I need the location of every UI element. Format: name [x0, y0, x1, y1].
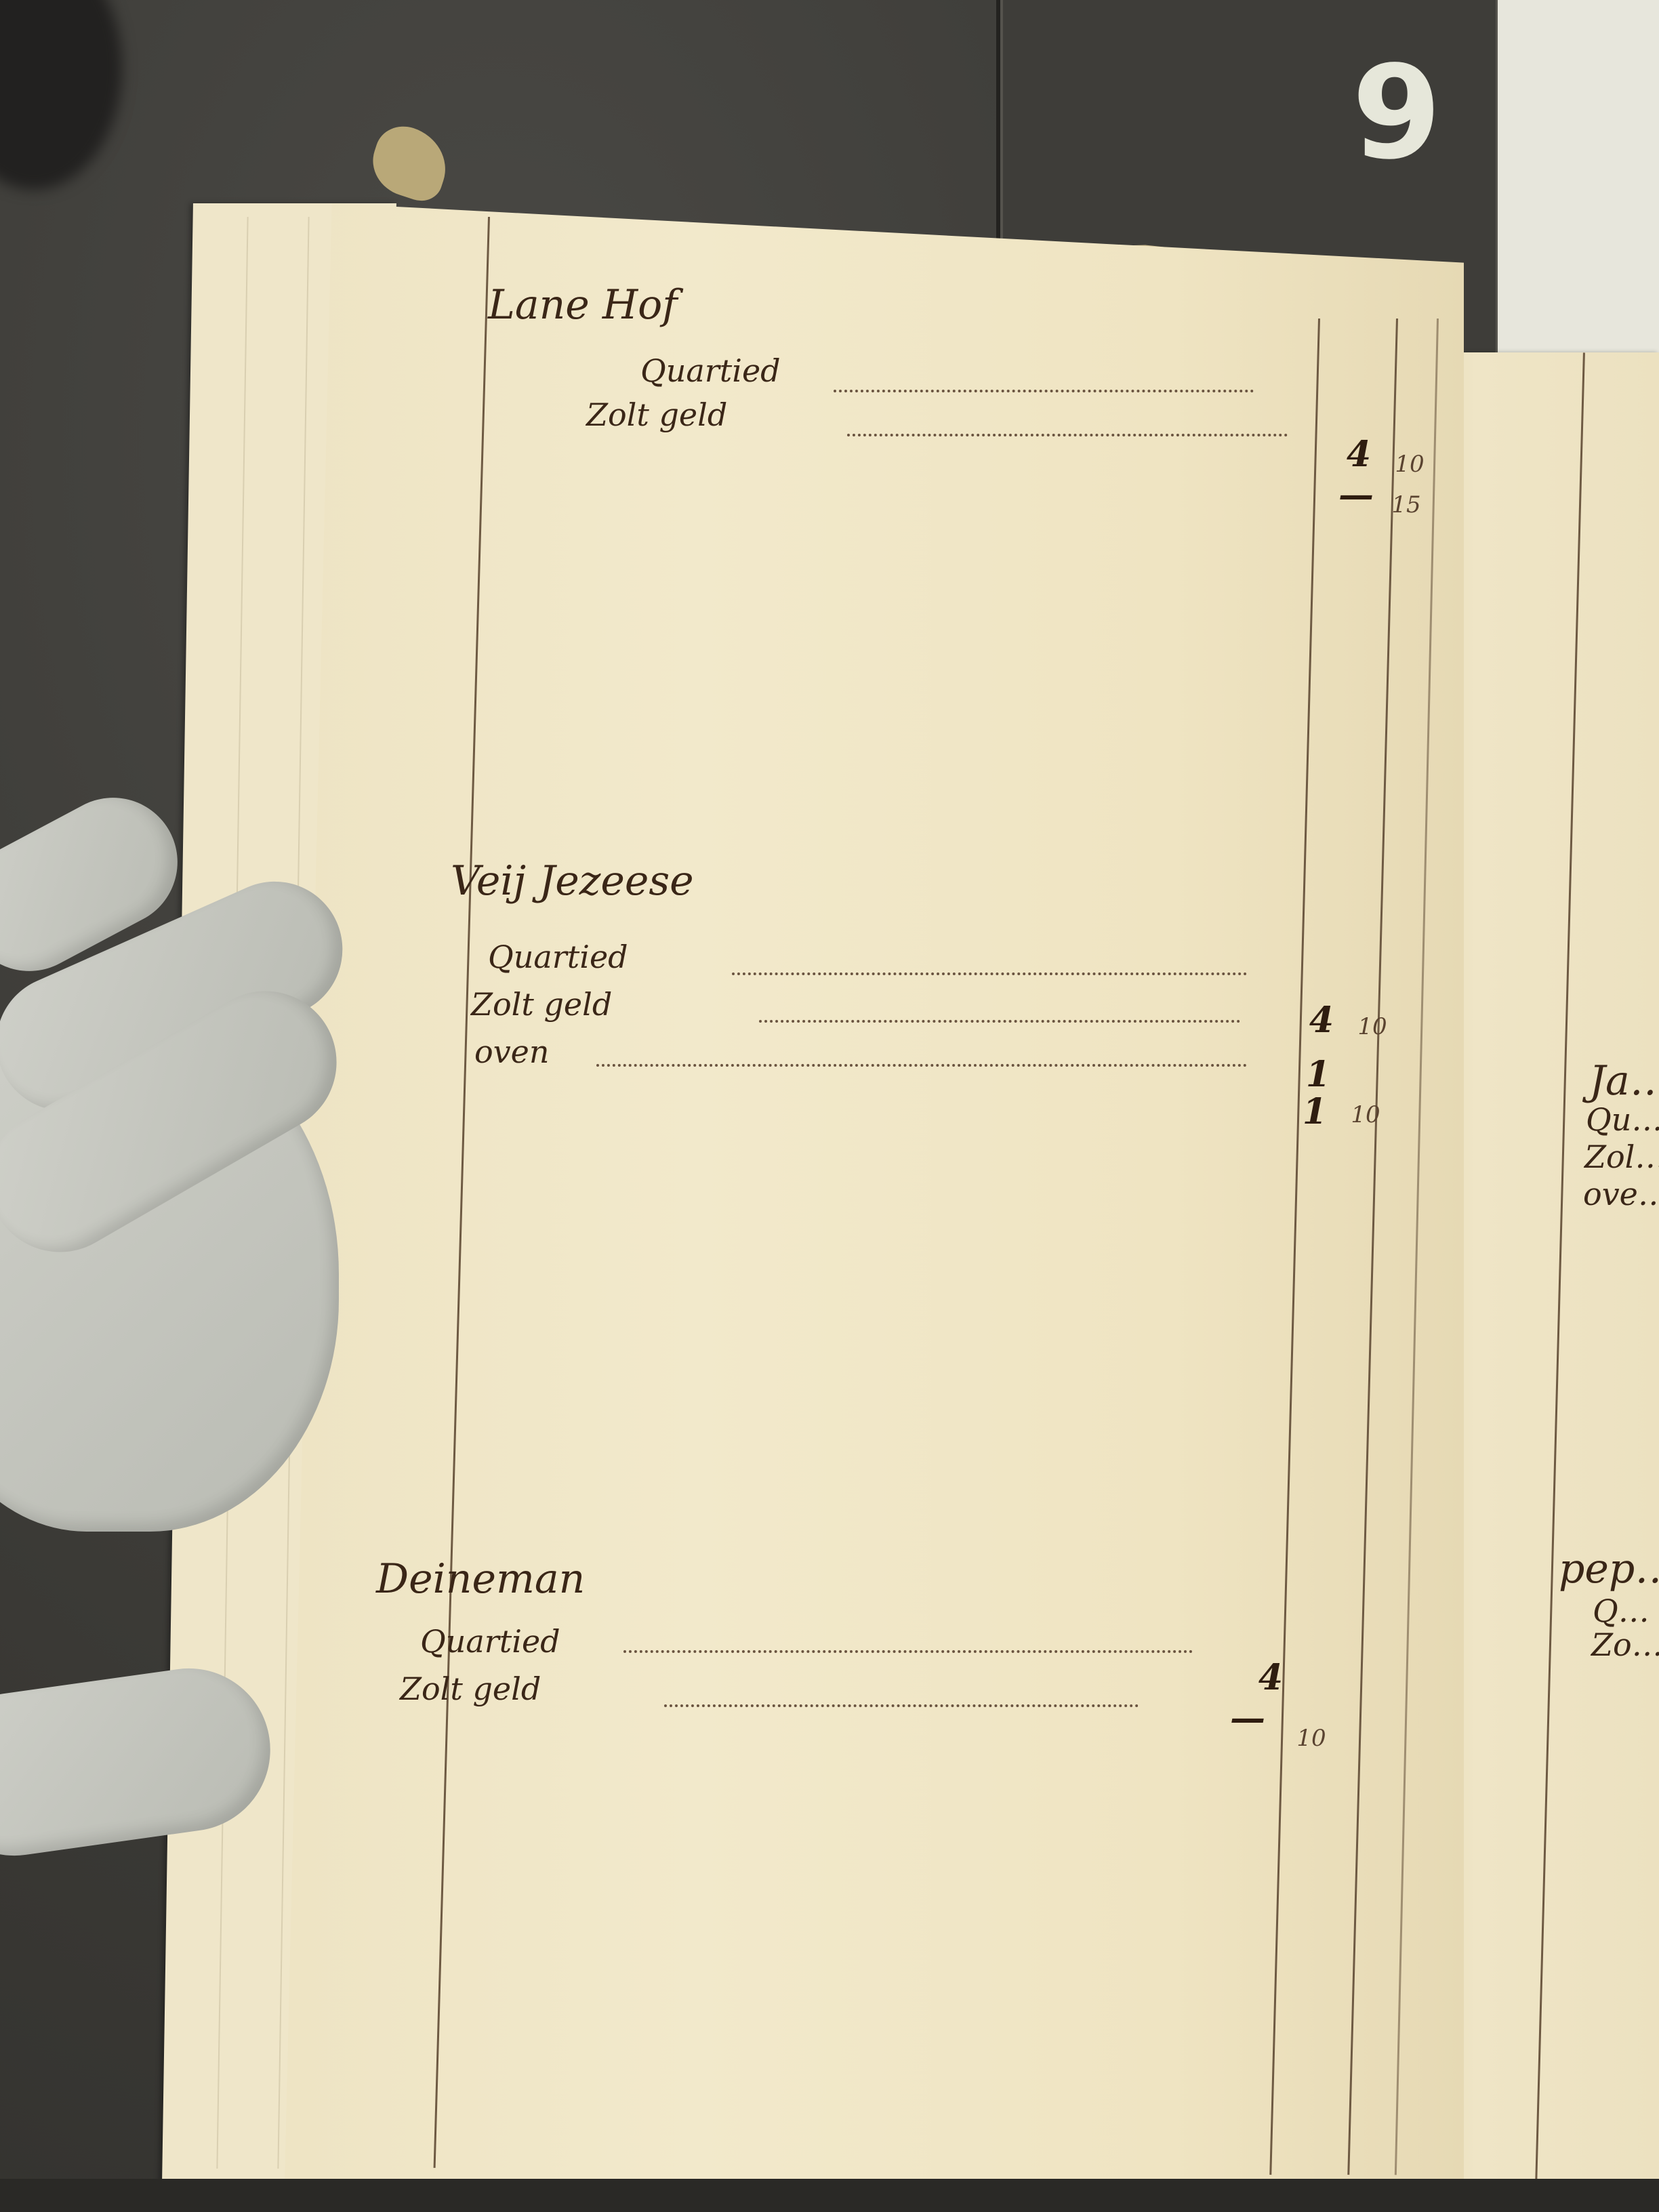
amount-guilders: 4	[1257, 1657, 1284, 1698]
amount-stuivers: 10	[1345, 1101, 1386, 1128]
right-entry-line: Q…	[1593, 1593, 1650, 1629]
amount-stuivers: 15	[1386, 491, 1427, 518]
entry-line-label: Quartied	[640, 352, 781, 389]
amount-stuivers: 10	[1389, 451, 1430, 478]
amount-guilders: 4	[1308, 1000, 1335, 1041]
amount-guilders: 4	[1345, 434, 1372, 475]
desk-surface	[1498, 0, 1659, 359]
leader-dots	[664, 1704, 1139, 1707]
column-rule	[1534, 352, 1585, 2211]
entry-line-label: Zolt geld	[586, 396, 727, 433]
entry-line-label: Quartied	[420, 1623, 560, 1660]
right-entry-line: Zol…	[1584, 1139, 1659, 1175]
amount-stuivers: 10	[1352, 1013, 1393, 1040]
leader-dots	[596, 1064, 1247, 1067]
entry-name: Lane Hof	[488, 281, 678, 329]
bottom-edge	[0, 2179, 1659, 2212]
right-entry-name: pep…	[1559, 1545, 1659, 1593]
entry-name: Veij Jezeese	[451, 857, 694, 905]
leader-dots	[732, 972, 1247, 975]
right-entry-name: Ja…	[1589, 1057, 1659, 1105]
amount-guilders: —	[1230, 1698, 1257, 1739]
right-entry-line: Qu…	[1586, 1101, 1659, 1138]
amount-stuivers: 10	[1291, 1725, 1332, 1752]
entry-line-label: Quartied	[488, 939, 628, 975]
amount-guilders: —	[1338, 474, 1366, 516]
entry-line-label: Zolt geld	[471, 986, 612, 1023]
right-entry-line: ove…	[1583, 1176, 1659, 1212]
leader-dots	[759, 1020, 1240, 1023]
board-number: 9	[1352, 49, 1441, 178]
entry-name: Deineman	[376, 1555, 585, 1603]
archive-photo: 9 Ja… Qu… Zol… ove… pep… Q… Zo… Lane Hof…	[0, 0, 1659, 2212]
entry-line-label: oven	[474, 1033, 550, 1070]
amount-guilders: 1	[1305, 1054, 1332, 1095]
leader-dots	[834, 390, 1254, 392]
leader-dots	[623, 1650, 1193, 1653]
leader-dots	[847, 434, 1288, 436]
entry-line-label: Zolt geld	[400, 1671, 541, 1707]
right-entry-line: Zo…	[1591, 1626, 1659, 1663]
amount-guilders: 1	[1301, 1091, 1328, 1132]
